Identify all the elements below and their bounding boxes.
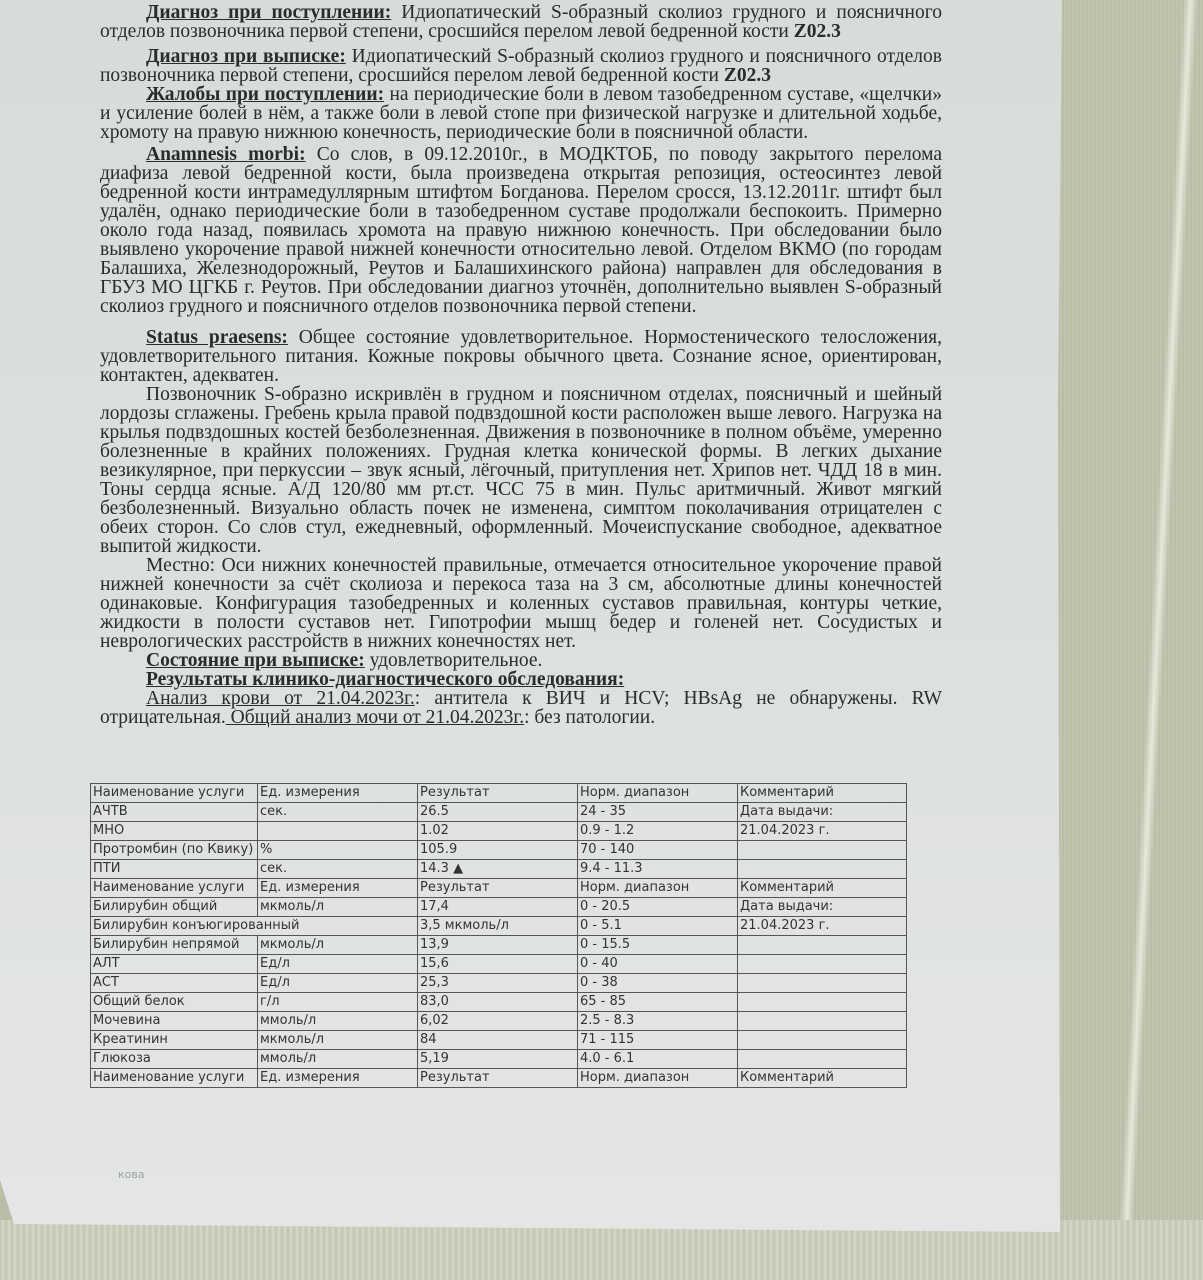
table-cell: Результат: [418, 784, 578, 803]
table-cell: 21.04.2023 г.: [738, 822, 907, 841]
table-cell: Дата выдачи:: [738, 898, 907, 917]
table-cell: Результат: [418, 1069, 578, 1088]
table-cell: Норм. диапазон: [578, 879, 738, 898]
table-cell: Ед. измерения: [258, 879, 418, 898]
table-cell: АЧТВ: [91, 803, 258, 822]
table-row: АЧТВсек.26.524 - 35Дата выдачи:: [91, 803, 907, 822]
table-cell: 25,3: [418, 974, 578, 993]
table-row: Билирубин общиймкмоль/л17,40 - 20.5Дата …: [91, 898, 907, 917]
table-cell: Билирубин непрямой: [91, 936, 258, 955]
table-cell: мкмоль/л: [258, 936, 418, 955]
table-cell: 83,0: [418, 993, 578, 1012]
table-row: МНО1.020.9 - 1.221.04.2023 г.: [91, 822, 907, 841]
table-cell: 0.9 - 1.2: [578, 822, 738, 841]
table-cell: 3,5 мкмоль/л: [418, 917, 578, 936]
table-cell: 0 - 20.5: [578, 898, 738, 917]
table-cell: 24 - 35: [578, 803, 738, 822]
table-cell: 0 - 38: [578, 974, 738, 993]
anamnesis-heading: Anamnesis morbi:: [146, 144, 306, 165]
table-cell: 1.02: [418, 822, 578, 841]
status-heading: Status praesens:: [146, 327, 288, 348]
discharge-diagnosis-heading: Диагноз при выписке:: [146, 46, 346, 67]
table-row: АЛТЕд/л15,60 - 40: [91, 955, 907, 974]
table-cell: сек.: [258, 803, 418, 822]
table-cell: 4.0 - 6.1: [578, 1050, 738, 1069]
table-row: ПТИсек.14.3 ▲9.4 - 11.3: [91, 860, 907, 879]
icd-code: Z02.3: [794, 21, 841, 42]
table-cell: ммоль/л: [258, 1012, 418, 1031]
table-header-row: Наименование услугиЕд. измеренияРезульта…: [91, 1069, 907, 1088]
table-cell: 17,4: [418, 898, 578, 917]
table-cell: Комментарий: [738, 879, 907, 898]
background-sheen: [1116, 0, 1197, 1280]
spine-exam: Позвоночник S-образно искривлён в грудно…: [100, 385, 942, 556]
table-cell: МНО: [91, 822, 258, 841]
blood-test-label: Анализ крови от 21.04.2023г.: [146, 688, 415, 709]
table-header-row: Наименование услугиЕд. измеренияРезульта…: [91, 879, 907, 898]
table-cell: 65 - 85: [578, 993, 738, 1012]
results-heading: Результаты клинико-диагностического обсл…: [100, 670, 942, 689]
table-cell: 15,6: [418, 955, 578, 974]
complaints: Жалобы при поступлении: на периодические…: [100, 85, 942, 142]
table-cell: 0 - 40: [578, 955, 738, 974]
table-cell: 0 - 15.5: [578, 936, 738, 955]
table-cell: 13,9: [418, 936, 578, 955]
table-cell: Ед/л: [258, 955, 418, 974]
table-cell: Протромбин (по Квику): [91, 841, 258, 860]
table-cell: [738, 974, 907, 993]
table-cell: АЛТ: [91, 955, 258, 974]
table-cell: [738, 1050, 907, 1069]
table-cell: Мочевина: [91, 1012, 258, 1031]
table-cell: 26.5: [418, 803, 578, 822]
table-row: Общий белокг/л83,065 - 85: [91, 993, 907, 1012]
table-cell: [738, 993, 907, 1012]
faded-stamp: ковa: [118, 1168, 145, 1181]
table-cell: [258, 822, 418, 841]
table-row: Креатининмкмоль/л8471 - 115: [91, 1031, 907, 1050]
table-cell: 21.04.2023 г.: [738, 917, 907, 936]
lab-results-table: Наименование услугиЕд. измеренияРезульта…: [90, 783, 907, 1088]
table-cell: 5,19: [418, 1050, 578, 1069]
table-row: Билирубин конъюгированный3,5 мкмоль/л0 -…: [91, 917, 907, 936]
table-row: Глюкозаммоль/л5,194.0 - 6.1: [91, 1050, 907, 1069]
table-cell: мкмоль/л: [258, 1031, 418, 1050]
table-cell: Ед/л: [258, 974, 418, 993]
table-cell: Результат: [418, 879, 578, 898]
table-cell: Норм. диапазон: [578, 784, 738, 803]
urine-test-label: Общий анализ мочи от 21.04.2023г.: [226, 707, 524, 728]
table-cell: Наименование услуги: [91, 784, 258, 803]
table-cell: ммоль/л: [258, 1050, 418, 1069]
table-cell: 84: [418, 1031, 578, 1050]
table-cell: Креатинин: [91, 1031, 258, 1050]
table-cell: 0 - 5.1: [578, 917, 738, 936]
table-cell: Ед. измерения: [258, 1069, 418, 1088]
admission-diagnosis: Диагноз при поступлении: Идиопатический …: [100, 3, 942, 41]
table-cell: 70 - 140: [578, 841, 738, 860]
table-cell: Комментарий: [738, 784, 907, 803]
table-header-row: Наименование услугиЕд. измеренияРезульта…: [91, 784, 907, 803]
table-cell: [738, 955, 907, 974]
results-summary: Анализ крови от 21.04.2023г.: антитела к…: [100, 689, 942, 727]
discharge-summary-text: Диагноз при поступлении: Идиопатический …: [100, 0, 942, 727]
icd-code: Z02.3: [724, 65, 771, 86]
discharge-state-heading: Состояние при выписке:: [146, 650, 365, 671]
complaints-heading: Жалобы при поступлении:: [146, 84, 384, 105]
table-cell: Дата выдачи:: [738, 803, 907, 822]
table-cell: Наименование услуги: [91, 1069, 258, 1088]
table-cell: 9.4 - 11.3: [578, 860, 738, 879]
table-cell: Глюкоза: [91, 1050, 258, 1069]
discharge-diagnosis: Диагноз при выписке: Идиопатический S-об…: [100, 47, 942, 85]
table-cell: 6,02: [418, 1012, 578, 1031]
table-row: Билирубин непрямоймкмоль/л13,90 - 15.5: [91, 936, 907, 955]
table-cell: 71 - 115: [578, 1031, 738, 1050]
table-cell: Ед. измерения: [258, 784, 418, 803]
admission-diagnosis-heading: Диагноз при поступлении:: [146, 2, 391, 23]
table-cell: ПТИ: [91, 860, 258, 879]
local-exam: Местно: Оси нижних конечностей правильны…: [100, 556, 942, 651]
table-row: Мочевинаммоль/л6,022.5 - 8.3: [91, 1012, 907, 1031]
table-cell: [738, 841, 907, 860]
table-cell: Общий белок: [91, 993, 258, 1012]
table-cell: Наименование услуги: [91, 879, 258, 898]
anamnesis-morbi: Anamnesis morbi: Со слов, в 09.12.2010г.…: [100, 145, 942, 316]
table-cell: [738, 936, 907, 955]
table-cell: г/л: [258, 993, 418, 1012]
table-cell: [738, 860, 907, 879]
table-cell: Билирубин конъюгированный: [91, 917, 418, 936]
table-cell: 2.5 - 8.3: [578, 1012, 738, 1031]
table-cell: Билирубин общий: [91, 898, 258, 917]
discharge-state: Состояние при выписке: удовлетворительно…: [100, 651, 942, 670]
table-cell: АСТ: [91, 974, 258, 993]
background-fabric: [1055, 0, 1203, 1280]
table-cell: [738, 1012, 907, 1031]
table-cell: 14.3 ▲: [418, 860, 578, 879]
table-cell: [738, 1031, 907, 1050]
table-cell: сек.: [258, 860, 418, 879]
table-row: Протромбин (по Квику)%105.970 - 140: [91, 841, 907, 860]
table-cell: %: [258, 841, 418, 860]
table-cell: Норм. диапазон: [578, 1069, 738, 1088]
status-praesens: Status praesens: Общее состояние удовлет…: [100, 328, 942, 385]
table-row: АСТЕд/л25,30 - 38: [91, 974, 907, 993]
table-cell: Комментарий: [738, 1069, 907, 1088]
table-cell: 105.9: [418, 841, 578, 860]
table-cell: мкмоль/л: [258, 898, 418, 917]
